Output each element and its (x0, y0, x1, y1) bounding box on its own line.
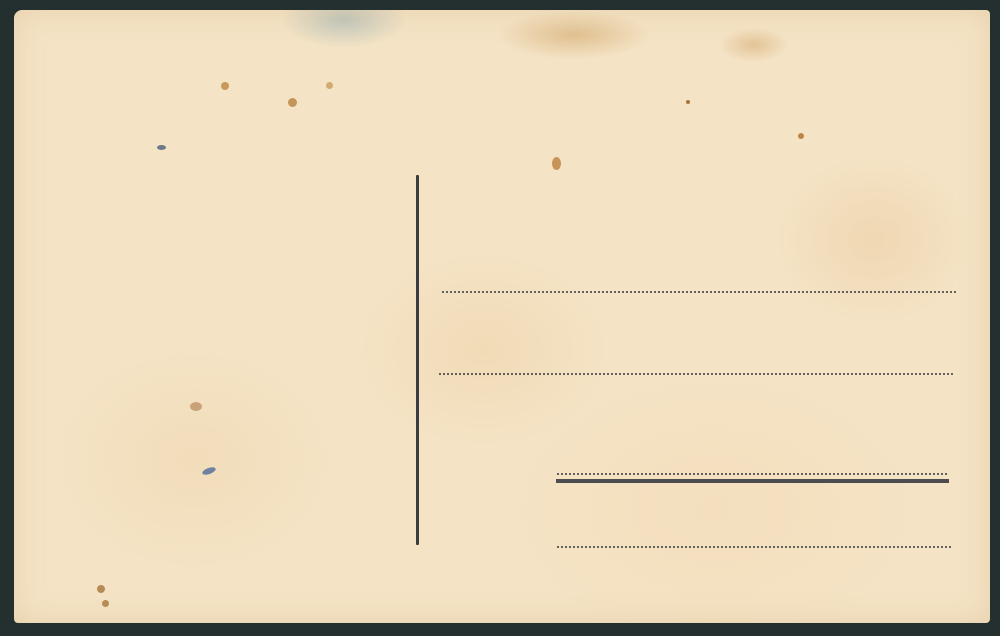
stain-spot (288, 98, 297, 107)
stain-spot (686, 100, 690, 104)
stain-spot (97, 585, 105, 593)
stain-spot (157, 145, 166, 150)
stain-spot (201, 466, 216, 476)
stain-spot (190, 402, 202, 411)
address-line-4 (556, 546, 952, 548)
address-line-2 (438, 373, 954, 375)
address-line-3-underline (556, 479, 949, 483)
postcard-back (14, 10, 990, 623)
stain-spot (798, 133, 804, 139)
stain-spot (326, 82, 333, 89)
stain-spot (552, 157, 561, 170)
address-line-3 (556, 473, 949, 475)
stain-spot (102, 600, 109, 607)
address-line-1 (441, 291, 956, 293)
stain-spot (221, 82, 229, 90)
center-divider-line (416, 175, 419, 545)
